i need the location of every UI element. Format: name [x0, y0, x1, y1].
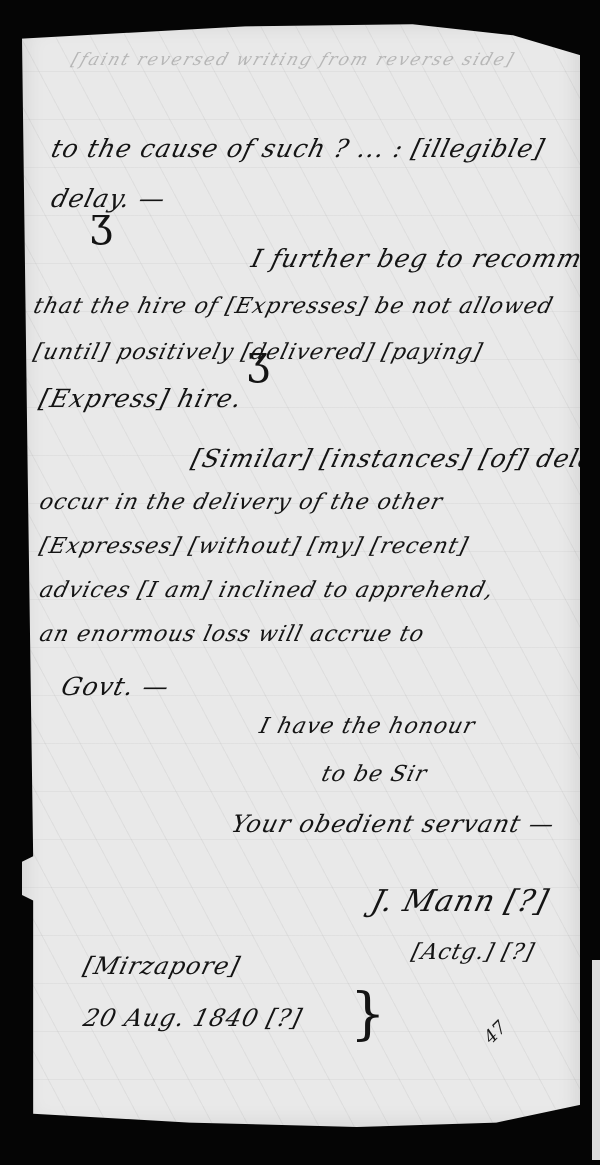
date-line: 20 Aug. 1840 [?] — [81, 1004, 306, 1032]
body-line-3: I further beg to recommend — [248, 244, 600, 273]
body-line-11: an enormous loss will accrue to — [37, 622, 427, 647]
body-line-6: [Express] hire. — [36, 384, 245, 413]
manuscript-page: [faint reversed writing from reverse sid… — [22, 22, 580, 1127]
body-line-12: Govt. — — [58, 672, 172, 701]
signature-title: [Actg.] [?] — [409, 940, 537, 965]
body-line-7: [Similar] [instances] [of] delay — [188, 444, 600, 473]
closing-line-2: to be Sir — [319, 762, 430, 787]
bleed-through-text: [faint reversed writing from reverse sid… — [69, 50, 555, 70]
signature-name: J. Mann [?] — [368, 884, 553, 919]
closing-line-3: Your obedient servant — — [229, 810, 558, 838]
flourish-mark: ʒ — [247, 338, 270, 384]
body-line-4: that the hire of [Expresses] be not allo… — [31, 294, 556, 319]
body-line-10: advices [I am] inclined to apprehend, — [37, 578, 497, 603]
adjacent-page-edge — [592, 960, 600, 1160]
folio-number: 47 — [480, 1017, 511, 1048]
brace-flourish: } — [350, 982, 386, 1047]
flourish-mark: ʒ — [90, 200, 113, 246]
closing-line-1: I have the honour — [257, 714, 478, 739]
body-line-9: [Expresses] [without] [my] [recent] — [37, 534, 471, 559]
body-line-8: occur in the delivery of the other — [37, 490, 446, 515]
place-line: [Mirzapore] — [81, 952, 244, 980]
body-line-1: to the cause of such ? ... : [illegible] — [48, 134, 548, 163]
